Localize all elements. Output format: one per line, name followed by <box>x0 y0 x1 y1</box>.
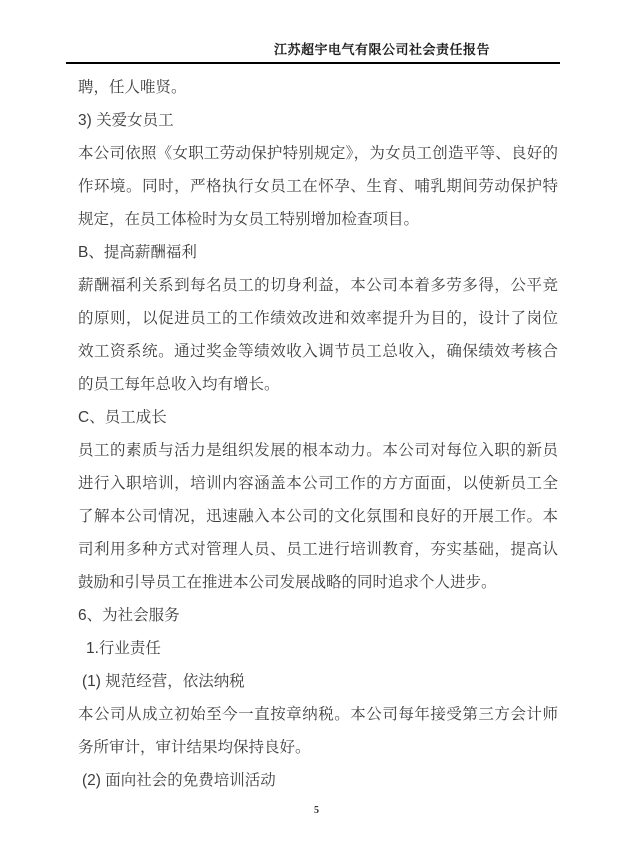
paragraph-line: 规定，在员工体检时为女员工特别增加检查项目。 <box>78 203 558 236</box>
paragraph-line: 的员工每年总收入均有增长。 <box>78 368 558 401</box>
header-rule <box>66 62 560 64</box>
paragraph-line: 本公司依照《女职工劳动保护特别规定》，为女员工创造平等、良好的工 <box>78 137 558 170</box>
document-line: C、员工成长 <box>78 401 558 434</box>
paragraph-line: 鼓励和引导员工在推进本公司发展战略的同时追求个人进步。 <box>78 566 558 599</box>
paragraph-line: 本公司从成立初始至今一直按章纳税。本公司每年接受第三方会计师事 <box>78 698 558 731</box>
paragraph-line: 效工资系统。通过奖金等绩效收入调节员工总收入，确保绩效考核合格 <box>78 335 558 368</box>
paragraph-line: 了解本公司情况，迅速融入本公司的文化氛围和良好的开展工作。本公 <box>78 500 558 533</box>
paragraph-line: 员工的素质与活力是组织发展的根本动力。本公司对每位入职的新员工 <box>78 434 558 467</box>
page-header-title: 江苏超宇电气有限公司社会责任报告 <box>66 40 560 60</box>
paragraph-line: 的原则，以促进员工的工作绩效改进和效率提升为目的，设计了岗位绩 <box>78 302 558 335</box>
paragraph-line: 司利用多种方式对管理人员、员工进行培训教育，夯实基础，提高认识， <box>78 533 558 566</box>
paragraph-line: 务所审计，审计结果均保持良好。 <box>78 731 558 764</box>
page-number: 5 <box>0 804 633 818</box>
document-line: (1) 规范经营，依法纳税 <box>78 665 558 698</box>
document-line: B、提高薪酬福利 <box>78 236 558 269</box>
document-line: 3) 关爱女员工 <box>78 104 558 137</box>
paragraph-line: 进行入职培训，培训内容涵盖本公司工作的方方面面，以使新员工全面 <box>78 467 558 500</box>
paragraph-line: 薪酬福利关系到每名员工的切身利益，本公司本着多劳多得，公平竞争 <box>78 269 558 302</box>
document-line: 聘，任人唯贤。 <box>78 71 558 104</box>
document-line: (2) 面向社会的免费培训活动 <box>78 764 558 797</box>
document-body: 聘，任人唯贤。3) 关爱女员工本公司依照《女职工劳动保护特别规定》，为女员工创造… <box>78 71 558 797</box>
paragraph-line: 作环境。同时，严格执行女员工在怀孕、生育、哺乳期间劳动保护特别 <box>78 170 558 203</box>
document-page: 江苏超宇电气有限公司社会责任报告 聘，任人唯贤。3) 关爱女员工本公司依照《女职… <box>0 0 633 863</box>
document-line: 6、为社会服务 <box>78 599 558 632</box>
document-line: 1.行业责任 <box>78 632 558 665</box>
